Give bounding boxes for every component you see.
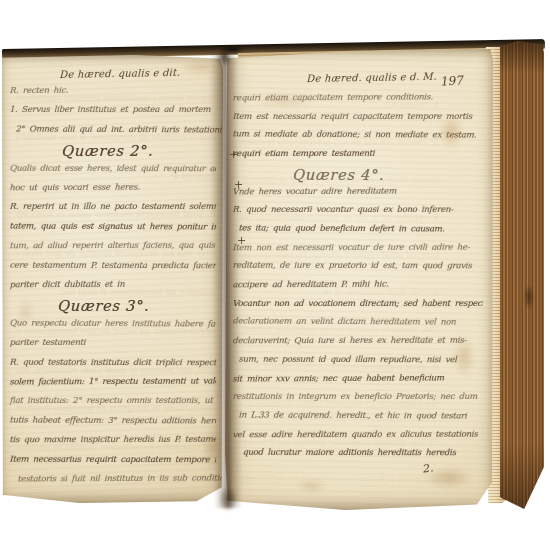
manuscript-line: R. quod necessarii vocantur quasi ex bon…: [233, 205, 454, 215]
left-running-header: De hæred. qualis e dit.: [60, 68, 181, 81]
manuscript-line: Vnde heres vocatur adire hereditatem: [233, 186, 397, 197]
manuscript-line: tum, ad aliud reperiri alterius faciens,…: [10, 241, 217, 252]
foxing-spot: [180, 59, 220, 75]
section-heading: Quæres 2°.: [61, 144, 154, 160]
manuscript-line: R. quod testatoris institutus dicit trip…: [10, 357, 217, 368]
manuscript-line: testatoris si fuit nil institutus in iis…: [18, 473, 225, 484]
manuscript-line: fiat institutus: 2° respectu omnis testa…: [10, 396, 217, 406]
margin-plus-mark: +: [237, 234, 246, 247]
manuscript-line: vel esse adire hereditatem quando ex ali…: [233, 429, 479, 440]
manuscript-line: tatem, qua quis est signatus ut heres po…: [10, 221, 217, 232]
manuscript-line: R. reperiri ut in illo ne pacto testamen…: [10, 202, 217, 212]
left-page: requiri etiam capacitatem tempore condit…: [2, 55, 223, 503]
manuscript-line: R. recten hic.: [10, 86, 69, 96]
manuscript-line: Quo respectu dicatur heres institutus ha…: [10, 318, 217, 329]
manuscript-line: sit minor xxv annis; nec quae habent ben…: [233, 373, 445, 384]
manuscript-line: restitutionis in integrum ex beneficio P…: [233, 392, 478, 402]
manuscript-line: Vocantur non ad vocationem directam; sed…: [233, 299, 484, 309]
manuscript-line: tum si mediate ab donatione; si non medi…: [233, 130, 477, 141]
manuscript-line: 1. Servus liber institutus et postea ad …: [10, 105, 217, 115]
catchword-flourish: 2.: [422, 461, 434, 475]
manuscript-line: solem facientium: 1° respectu testamenti…: [10, 376, 217, 387]
manuscript-line: requiri etiam capacitatem tempore condit…: [233, 93, 434, 104]
manuscript-line: reditatem, de iure ex praetorio id est, …: [233, 261, 473, 272]
manuscript-line: tutis habeat effectum: 3° respectu aditi…: [10, 415, 217, 426]
manuscript-line: Item est necessaria requiri capacitatem …: [233, 112, 473, 122]
manuscript-line: tes ita; quia quod beneficium defert in …: [239, 223, 445, 234]
manuscript-line: Item non est necessarii vocatur de iure …: [233, 242, 471, 253]
right-page: R. recten hic.2° Omnes alii qui ad int. …: [225, 49, 493, 510]
left-page-text: R. recten hic.1. Servus liber institutus…: [10, 86, 219, 506]
manuscript-line: sum, nec possunt id quod illam repudiare…: [239, 355, 458, 366]
manuscript-line: 2° Omnes alii qui ad int. arbitrii iuris…: [16, 124, 223, 135]
right-running-header: De hæred. qualis e d. M.: [307, 72, 438, 85]
book-fore-edge: [500, 41, 544, 509]
section-heading: Quæres 4°.: [292, 168, 385, 184]
manuscript-line: hoc ut quis vocari esse heres.: [10, 183, 141, 194]
manuscript-line: quod lucratur maiore aditionis hereditat…: [243, 448, 457, 459]
page-number: 197: [441, 73, 465, 88]
open-manuscript-book-photo: requiri etiam capacitatem tempore condit…: [0, 0, 550, 550]
manuscript-line: tis quo maxime inspicitur heredis ius P.…: [10, 435, 217, 446]
right-page-text: requiri etiam capacitatem tempore condit…: [233, 93, 489, 513]
manuscript-line: declarationem an velint dictam hereditat…: [233, 317, 457, 328]
manuscript-line: pariter dicit dubitatis et in: [10, 280, 126, 291]
manuscript-line: requiri etiam tempore testamenti: [233, 149, 376, 159]
margin-plus-mark: +: [229, 148, 238, 161]
manuscript-line: in L.33 de acquirend. heredit., et hic i…: [239, 410, 468, 421]
section-heading: Quæres 3°.: [57, 299, 150, 315]
manuscript-line: declaraverint; Quia iure si heres ex her…: [233, 336, 467, 347]
margin-plus-mark: +: [234, 178, 243, 191]
manuscript-line: Qualis dicat esse heres, idest quid requ…: [10, 163, 217, 174]
manuscript-line: Item necessarius requirit capacitatem te…: [10, 454, 217, 465]
manuscript-line: pariter testamenti: [10, 338, 87, 348]
manuscript-line: cere testamentum P. testamenta prædicta …: [10, 260, 217, 271]
manuscript-line: accipere ad hereditatem P. mihi hic.: [233, 280, 390, 291]
